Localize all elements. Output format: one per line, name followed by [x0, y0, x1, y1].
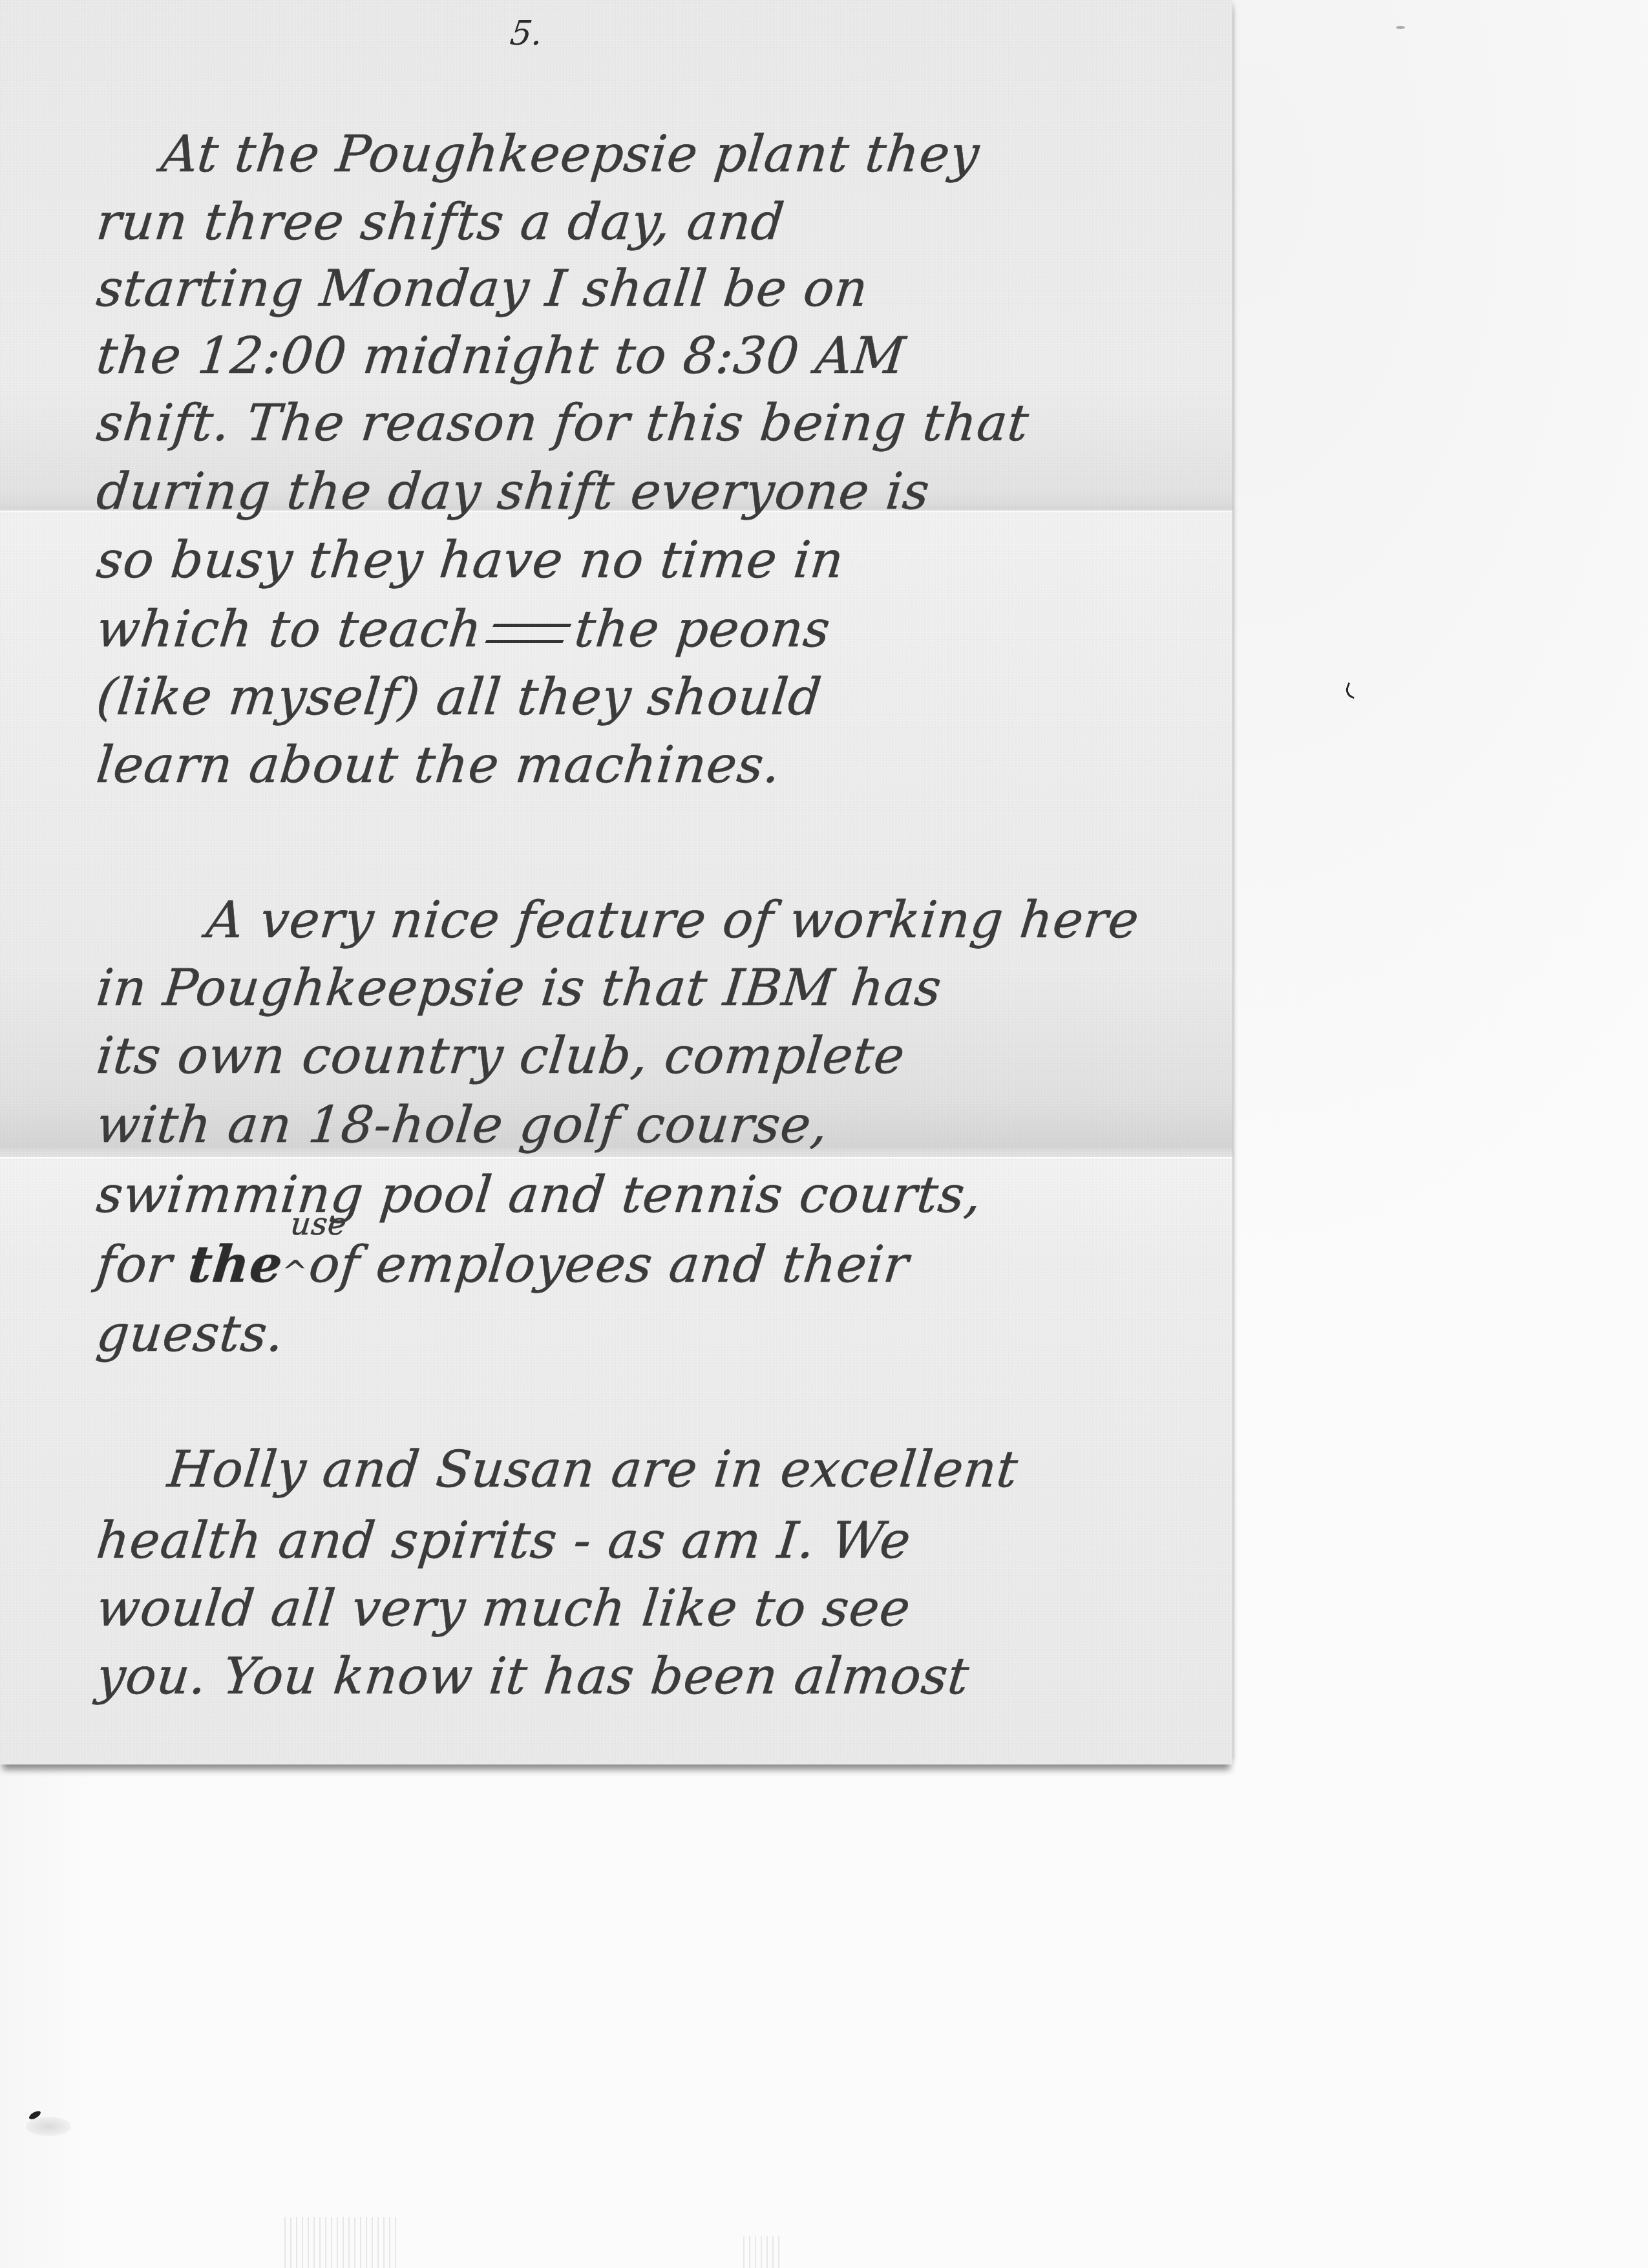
paragraph-2-line-6: for theuse^of employees and their: [94, 1240, 1211, 1290]
page-number: 5.: [508, 14, 545, 53]
dust-speck: [1396, 26, 1405, 29]
paragraph-2-line-2: in Poughkeepsie is that IBM has: [94, 963, 1211, 1013]
scan-debris: [743, 2236, 782, 2268]
paragraph-1-line-3: starting Monday I shall be on: [94, 264, 1211, 314]
paragraph-2-line-3: its own country club, complete: [94, 1031, 1211, 1081]
line-text-before-strike: which to teach: [94, 600, 485, 659]
paragraph-1-line-7: so busy they have no time in: [94, 535, 1211, 586]
scan-debris: [284, 2217, 401, 2268]
paragraph-1-line-9: (like myself) all they should: [94, 672, 1211, 723]
smudge-mark: [26, 2117, 71, 2136]
paragraph-2-line-1: A very nice feature of working here: [204, 895, 1321, 946]
line-text-for: for: [94, 1236, 175, 1294]
line-text-after-insertion: of employees and their: [306, 1236, 912, 1294]
line-text-after-strike: the peons: [572, 600, 833, 659]
letter-page: 5. At the Poughkeepsie plant they run th…: [0, 0, 1232, 1765]
paragraph-1-line-5: shift. The reason for this being that: [94, 398, 1211, 449]
paragraph-3-line-3: would all very much like to see: [94, 1584, 1211, 1634]
paragraph-1-line-10: learn about the machines.: [94, 740, 1211, 790]
inserted-word-use: use: [289, 1209, 348, 1240]
insertion-caret-icon: ^: [280, 1254, 309, 1289]
paragraph-1-line-8: which to teachthe peons: [94, 604, 1211, 655]
paragraph-3-line-1: Holly and Susan are in excellent: [165, 1445, 1282, 1495]
paragraph-1-line-4: the 12:00 midnight to 8:30 AM: [94, 331, 1211, 381]
insertion-mark: use^: [280, 1240, 312, 1290]
fold-crease-lower: [0, 1157, 1232, 1159]
paragraph-1-line-2: run three shifts a day, and: [94, 197, 1211, 248]
paragraph-2-line-5: swimming pool and tennis courts,: [94, 1170, 1211, 1220]
struck-out-word: [485, 624, 571, 643]
paragraph-3-line-2: health and spirits - as am I. We: [94, 1516, 1211, 1566]
paragraph-2-line-4: with an 18-hole golf course,: [94, 1100, 1211, 1150]
paragraph-3-line-4: you. You know it has been almost: [94, 1651, 1211, 1702]
paragraph-1-line-6: during the day shift everyone is: [94, 467, 1211, 517]
overwritten-word-the: the: [185, 1235, 286, 1294]
paragraph-1-line-1: At the Poughkeepsie plant they: [159, 129, 1276, 180]
paragraph-2-line-7: guests.: [94, 1309, 1211, 1359]
